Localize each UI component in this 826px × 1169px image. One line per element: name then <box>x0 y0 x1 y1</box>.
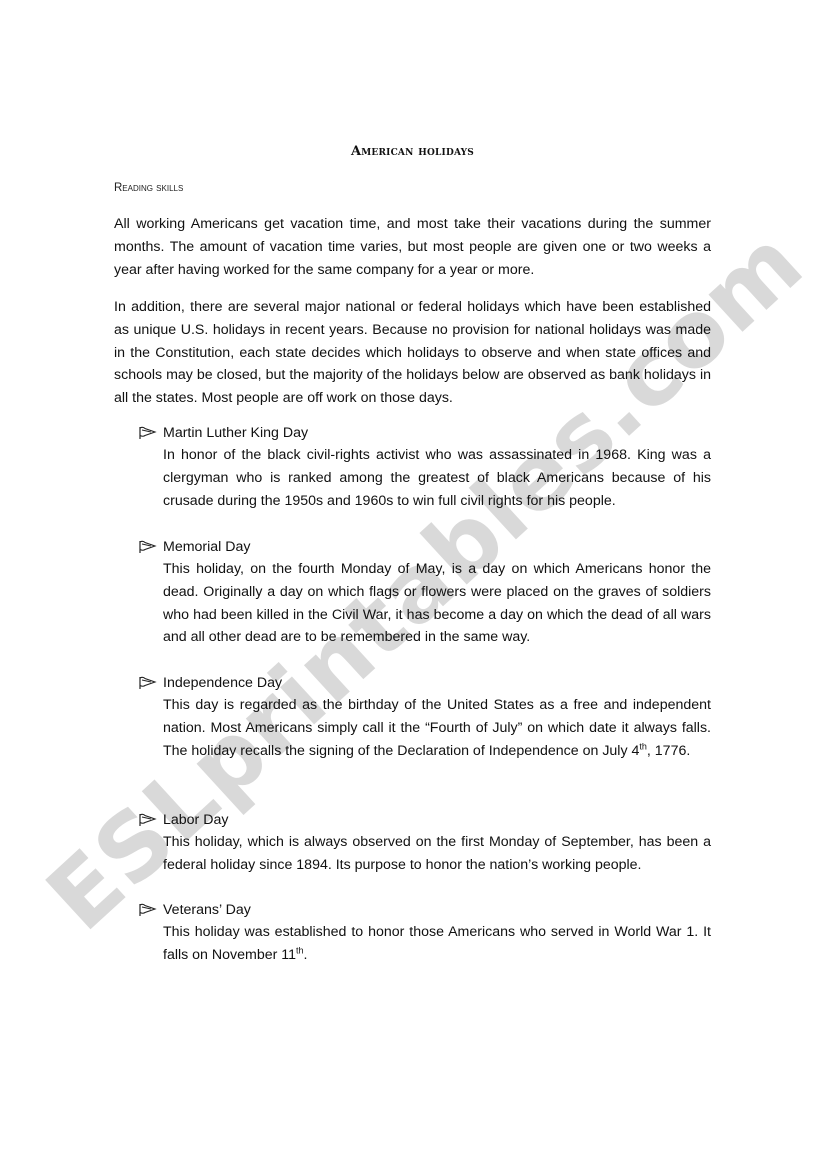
holiday-name: Independence Day <box>163 675 282 691</box>
holiday-item: Memorial Day This holiday, on the fourth… <box>138 536 711 649</box>
holiday-name: Martin Luther King Day <box>163 425 308 441</box>
holiday-name: Veterans’ Day <box>163 902 251 918</box>
holiday-name: Memorial Day <box>163 539 251 555</box>
flag-icon <box>138 903 158 917</box>
holiday-description: This holiday was established to honor th… <box>163 921 711 967</box>
flag-icon <box>138 540 158 554</box>
worksheet-page: ESLprintables.com American holidays Read… <box>0 0 826 1169</box>
holiday-description: In honor of the black civil-rights activ… <box>163 444 711 512</box>
holiday-item: Independence Day This day is regarded as… <box>138 672 711 762</box>
intro-paragraph-1: All working Americans get vacation time,… <box>114 213 711 281</box>
holiday-item: Martin Luther King Day In honor of the b… <box>138 422 711 512</box>
holiday-name: Labor Day <box>163 812 228 828</box>
holiday-description: This day is regarded as the birthday of … <box>163 694 711 762</box>
ordinal-suffix: th <box>296 945 304 955</box>
holiday-item: Veterans’ Day This holiday was establish… <box>138 899 711 967</box>
flag-icon <box>138 676 158 690</box>
page-title: American holidays <box>114 144 711 159</box>
holiday-description: This holiday, on the fourth Monday of Ma… <box>163 558 711 649</box>
holiday-description-text: This day is regarded as the birthday of … <box>163 697 711 759</box>
section-label: Reading skills <box>114 182 183 194</box>
flag-icon <box>138 813 158 827</box>
holiday-description-text: This holiday was established to honor th… <box>163 924 711 963</box>
holiday-description: This holiday, which is always observed o… <box>163 831 711 877</box>
holiday-description-tail: . <box>304 947 308 963</box>
holiday-item: Labor Day This holiday, which is always … <box>138 809 711 877</box>
ordinal-suffix: th <box>639 741 647 751</box>
intro-paragraph-2: In addition, there are several major nat… <box>114 296 711 410</box>
holiday-description-tail: , 1776. <box>647 743 690 759</box>
flag-icon <box>138 426 158 440</box>
